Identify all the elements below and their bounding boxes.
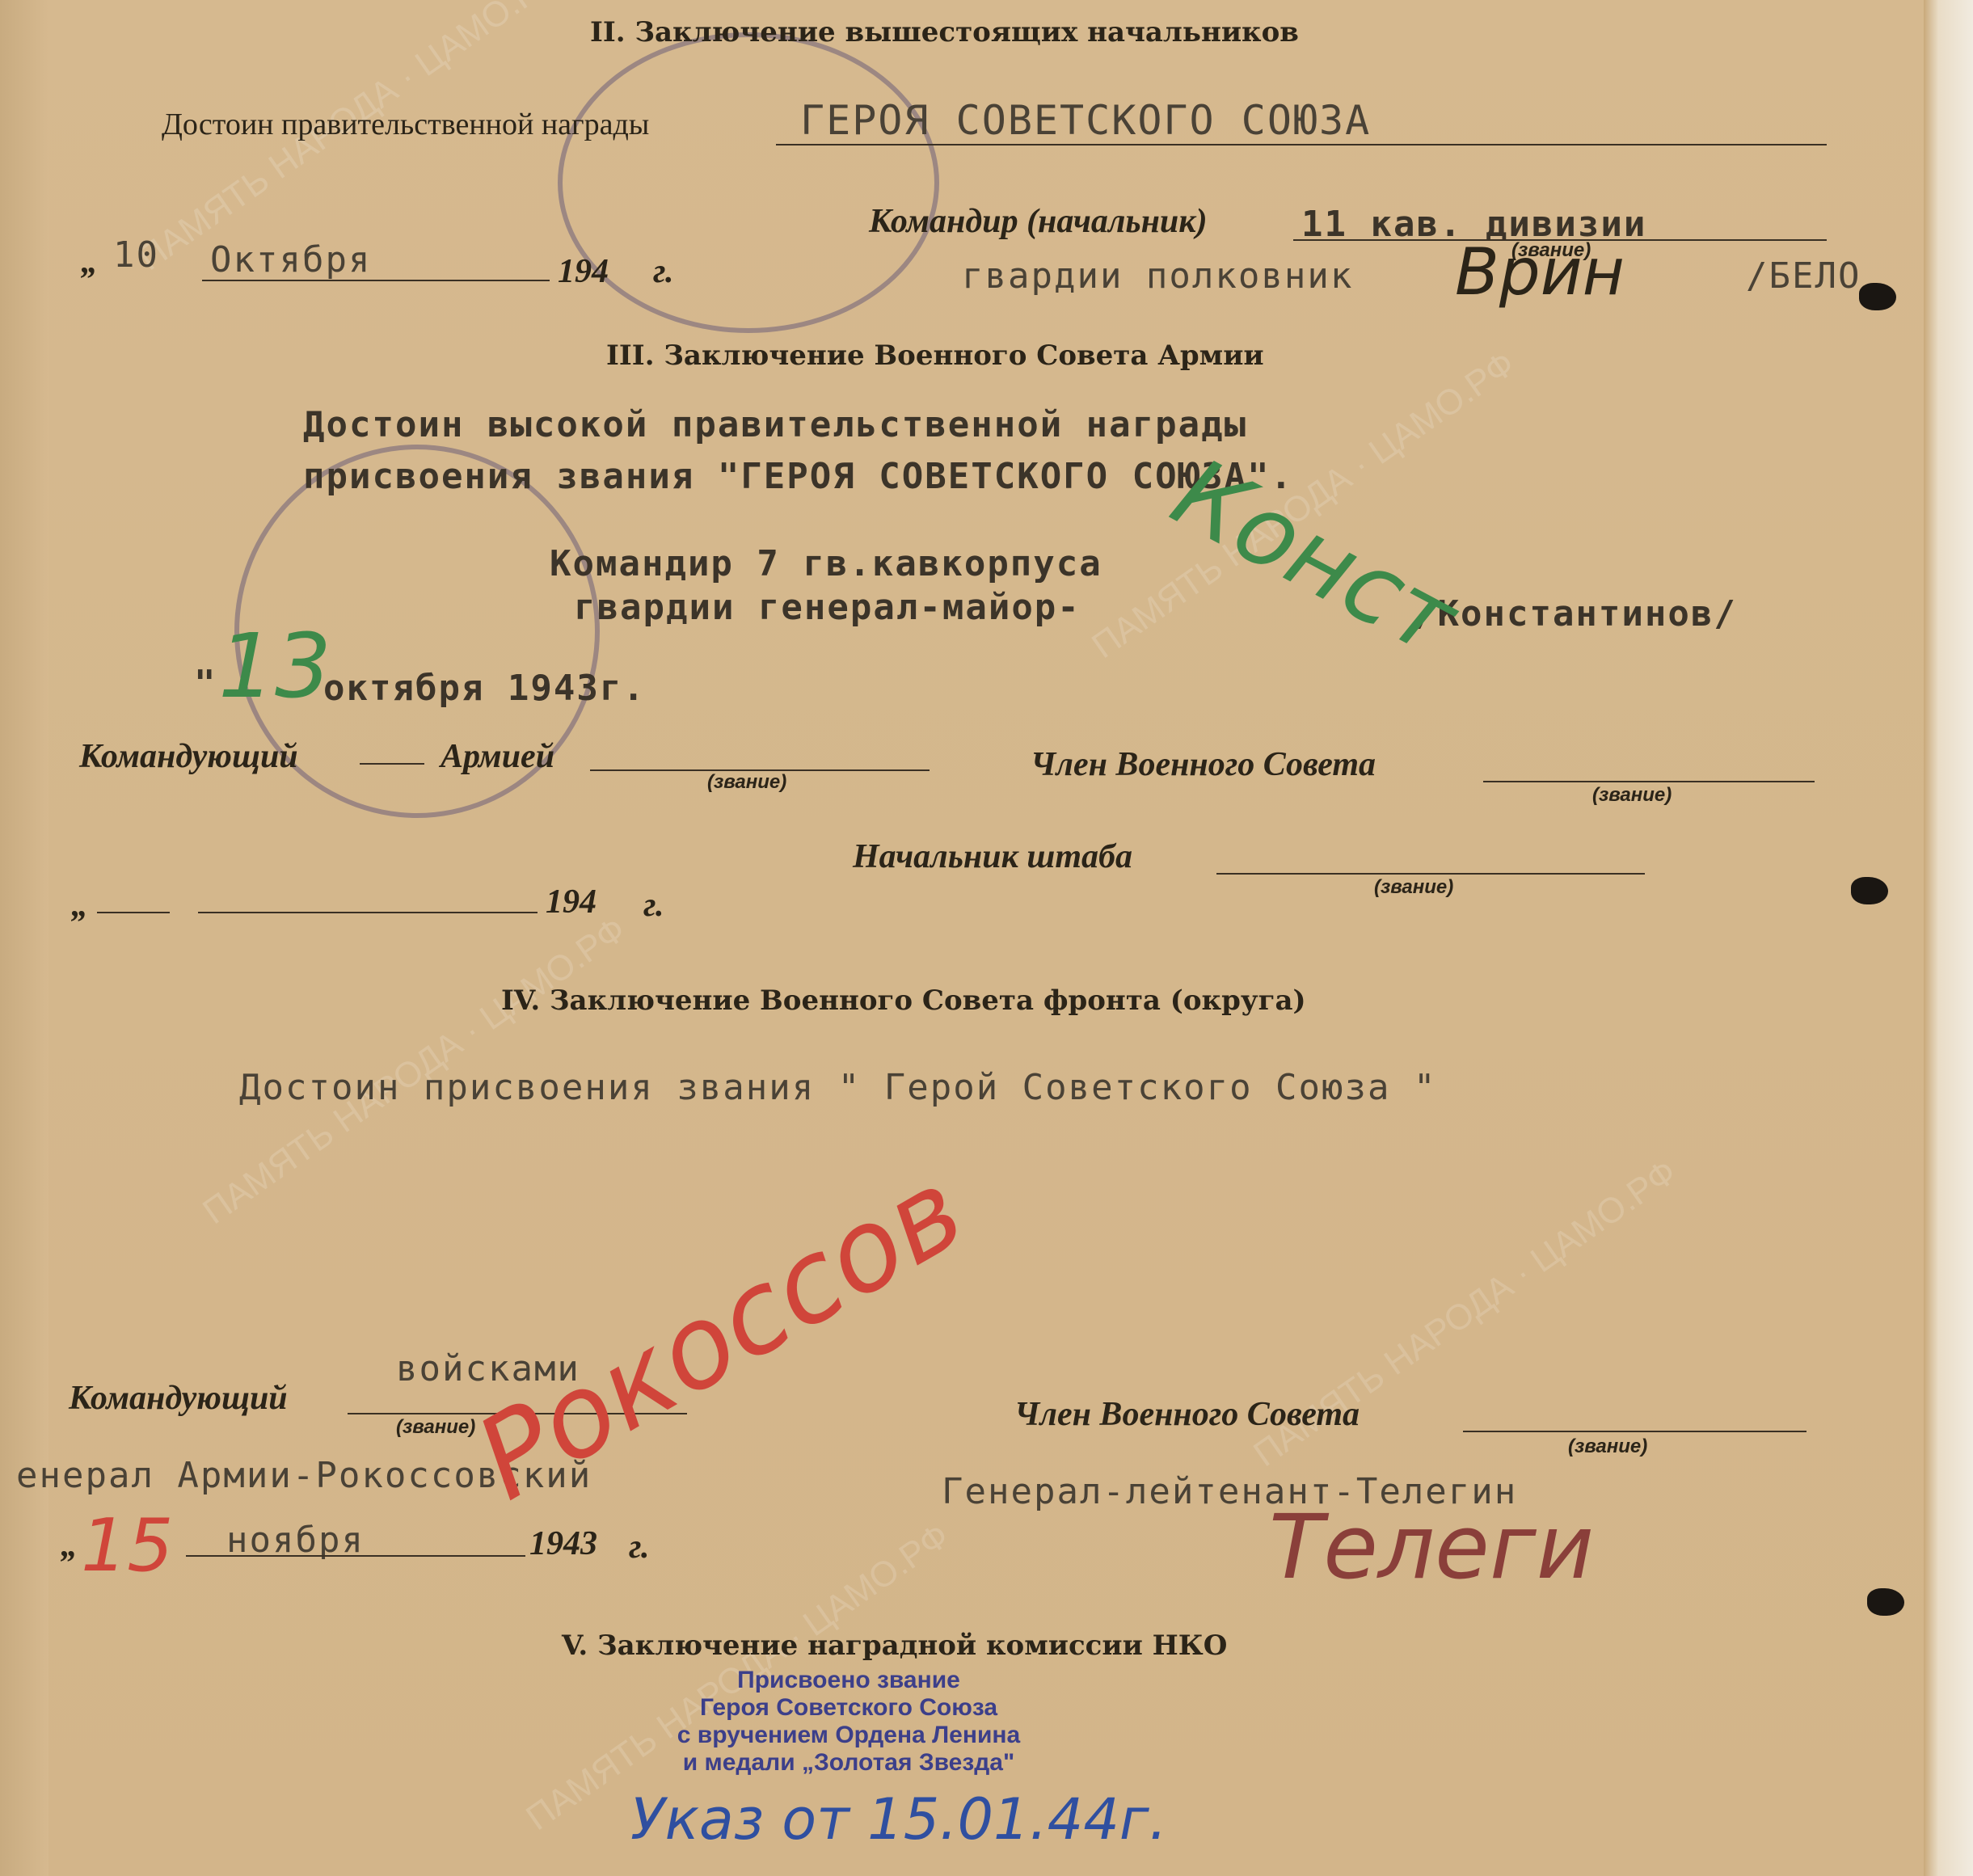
date-rest: октября 1943г. [323,668,646,709]
fill-line [1216,873,1645,875]
page-left-edge [0,0,48,1876]
date-quote-open: „ [81,242,98,281]
council-member-label: Член Военного Совета [1031,745,1376,784]
stamp-line: Героя Советского Союза [606,1694,1091,1722]
stamp-line: и медали „Золотая Звезда" [606,1749,1091,1777]
commander-rank: гвардии полковник [962,255,1353,297]
rank-caption: (звание) [1592,784,1672,807]
punch-hole [1859,283,1896,310]
fill-line [776,144,1827,145]
corps-commander: Командир 7 гв.кавкорпуса [550,543,1102,584]
army-commander-label: Командующий [79,737,298,776]
fill-line [198,912,538,913]
award-stamp: Присвоено звание Героя Советского Союза … [606,1667,1091,1777]
conclusion-line-2: присвоения звания "ГЕРОЯ СОВЕТСКОГО СОЮЗ… [303,456,1293,497]
page-right-edge [1924,0,1973,1876]
front-conclusion: Достоин присвоения звания " Герой Советс… [239,1067,1437,1108]
date-day-handwritten: 13 [218,614,331,718]
section-5-heading: V. Заключение наградной комиссии НКО [562,1629,1227,1662]
fill-line [1483,781,1815,782]
section-3-heading: III. Заключение Военного Совета Армии [606,339,1264,372]
commander-name-fragment: /БЕЛО [1746,255,1861,297]
worthy-label: Достоин правительственной награды [162,107,649,142]
front-date-year: 1943 [529,1524,597,1563]
conclusion-line-1: Достоин высокой правительственной наград… [303,404,1247,445]
date-quote-open: „ [71,886,88,925]
date-quote-open: „ [61,1526,78,1565]
date-month: Октября [210,239,371,280]
chief-of-staff-label: Начальник штаба [853,837,1132,876]
punch-hole [1851,877,1888,904]
fill-line [360,763,424,765]
date-quote: " [194,663,217,704]
rank-caption: (звание) [1568,1435,1647,1458]
fill-line [1463,1431,1806,1432]
rank-caption: (звание) [707,771,786,794]
council-member-signature: Телеги [1269,1495,1594,1599]
blank-year: 194 [546,883,597,921]
date-year-prefix: 194 [558,252,609,291]
fill-line [202,280,550,281]
front-date-day: 15 [81,1503,174,1588]
signature: Врин [1455,234,1625,310]
award-value: ГЕРОЯ СОВЕТСКОГО СОЮЗА [800,97,1371,144]
stamp-line: с вручением Ордена Ленина [606,1722,1091,1749]
front-commander-label: Командующий [69,1379,288,1418]
front-date-g: г. [629,1528,649,1566]
decree-handwritten: Указ от 15.01.44г. [630,1786,1167,1853]
stamp-line: Присвоено звание [606,1667,1091,1694]
section-4-heading: IV. Заключение Военного Совета фронта (о… [501,984,1306,1017]
rank-caption: (звание) [1374,876,1453,899]
date-g: г. [653,252,673,291]
fill-line [186,1555,525,1557]
section-2-heading: II. Заключение вышестоящих начальников [590,16,1299,48]
punch-hole [1867,1588,1904,1616]
blank-g: г. [643,886,664,925]
corps-commander-rank: гвардии генерал-майор- [574,587,1081,628]
date-day: 10 [113,234,159,276]
front-council-member-label: Член Военного Совета [1014,1395,1360,1434]
fill-line [97,912,170,913]
army-label: Армией [441,737,554,776]
round-stamp [558,32,939,333]
commander-label: Командир (начальник) [869,202,1208,241]
